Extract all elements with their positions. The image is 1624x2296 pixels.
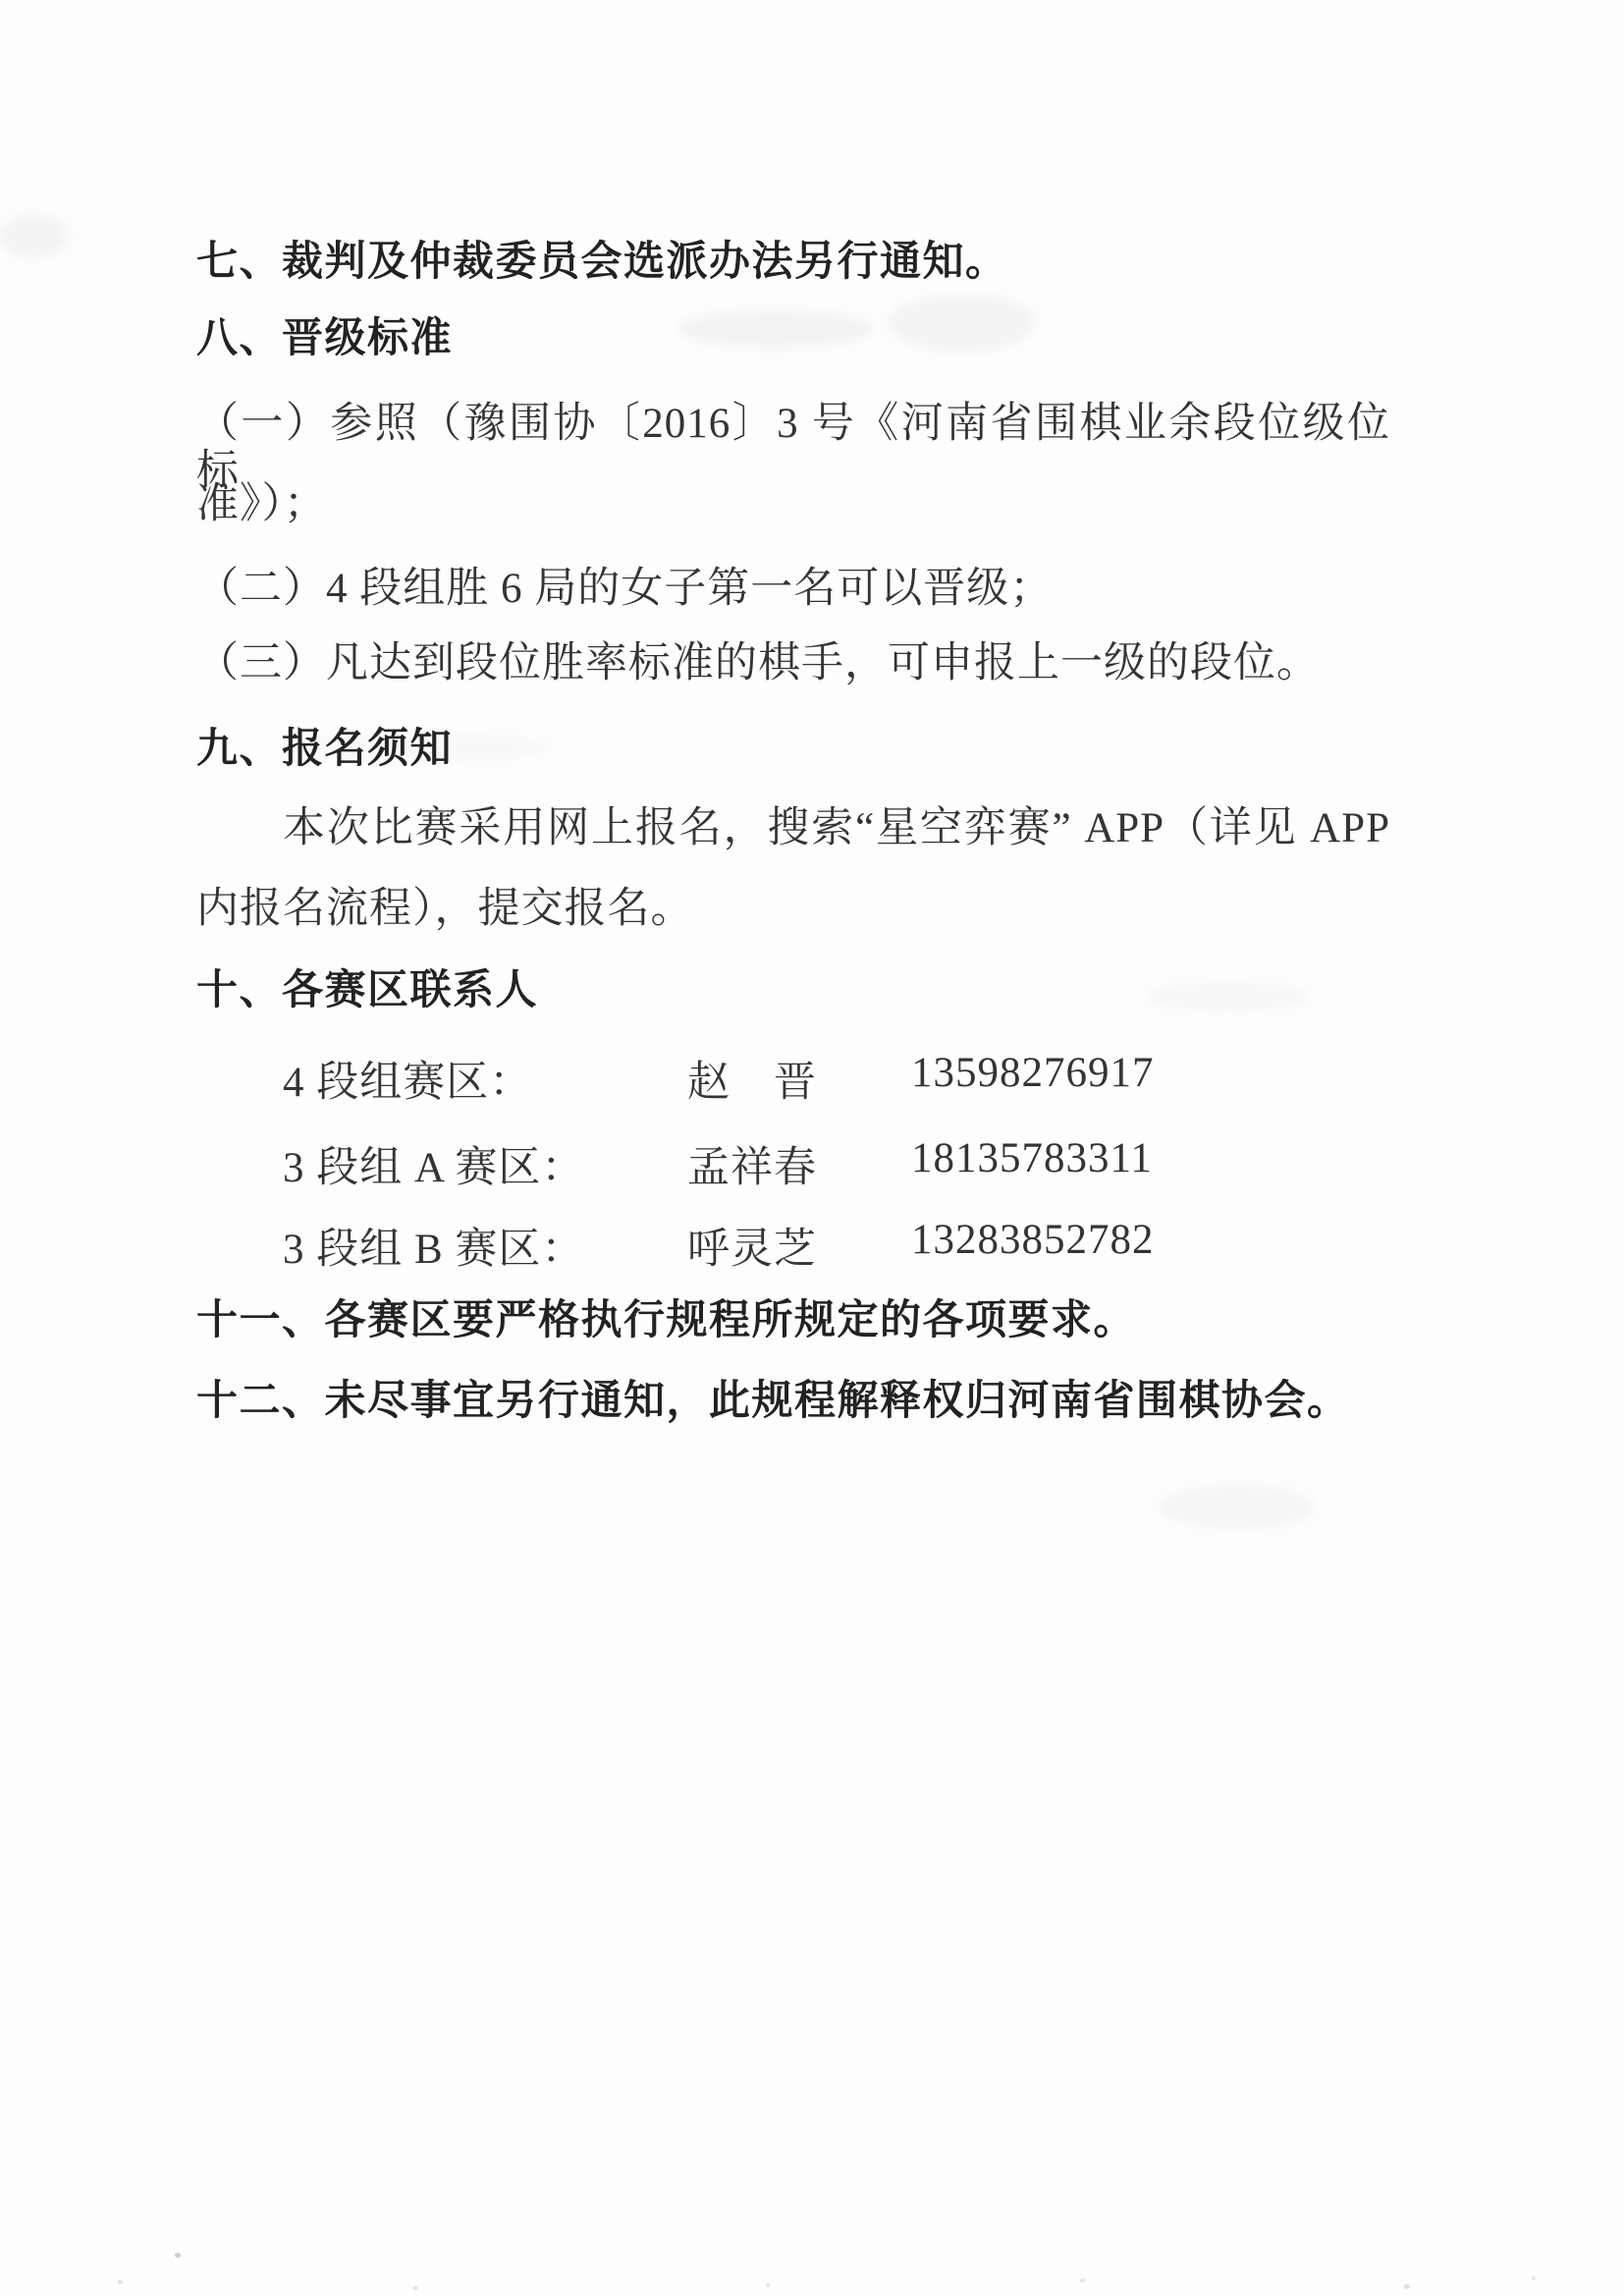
contact-phone-number: 13598276917 bbox=[911, 1049, 1155, 1097]
contact-row-dan3a: 3 段组 A 赛区： 孟祥春 18135783311 bbox=[0, 1134, 1624, 1185]
scan-smudge bbox=[677, 310, 874, 348]
contact-zone-label: 3 段组 A 赛区： bbox=[283, 1134, 584, 1194]
scan-speck bbox=[175, 2253, 181, 2258]
clause-one-line2: 准》）； bbox=[196, 481, 327, 528]
scan-speck bbox=[766, 2283, 770, 2287]
contact-zone-label: 3 段组 B 赛区： bbox=[283, 1216, 584, 1276]
scan-speck bbox=[1080, 2278, 1085, 2282]
heading-eight-promotion-standard: 八、晋级标准 bbox=[196, 314, 453, 360]
scan-smudge bbox=[1159, 1485, 1316, 1529]
scan-smudge bbox=[889, 295, 1036, 352]
contact-person-name: 呼灵芝 bbox=[687, 1216, 817, 1276]
contact-zone-label: 4 段组赛区： bbox=[283, 1049, 532, 1109]
scan-speck bbox=[1532, 2276, 1536, 2280]
contact-person-name: 孟祥春 bbox=[687, 1134, 817, 1194]
heading-seven-referee-notice: 七、裁判及仲裁委员会选派办法另行通知。 bbox=[196, 238, 1008, 284]
scan-speck bbox=[412, 2286, 418, 2290]
scan-speck bbox=[1404, 2284, 1410, 2289]
scan-smudge bbox=[0, 214, 69, 258]
scanned-document-page: 七、裁判及仲裁委员会选派办法另行通知。 八、晋级标准 （一）参照（豫围协〔201… bbox=[0, 0, 1624, 2296]
heading-nine-registration-notice: 九、报名须知 bbox=[196, 725, 453, 771]
clause-one-line1: （一）参照（豫围协〔2016〕3 号《河南省围棋业余段位级位标 bbox=[196, 401, 1390, 495]
registration-paragraph-line2: 内报名流程），提交报名。 bbox=[196, 886, 694, 933]
contact-row-dan3b: 3 段组 B 赛区： 呼灵芝 13283852782 bbox=[0, 1216, 1624, 1267]
clause-two: （二）4 段组胜 6 局的女子第一名可以晋级； bbox=[196, 566, 1053, 613]
scan-speck bbox=[118, 2280, 123, 2284]
heading-twelve-interpretation-right: 十二、未尽事宜另行通知，此规程解释权归河南省围棋协会。 bbox=[196, 1377, 1350, 1423]
scan-smudge bbox=[1144, 982, 1311, 1011]
clause-three: （三）凡达到段位胜率标准的棋手，可申报上一级的段位。 bbox=[196, 640, 1320, 687]
contact-row-dan4: 4 段组赛区： 赵 晋 13598276917 bbox=[0, 1049, 1624, 1100]
heading-eleven-strict-execution: 十一、各赛区要严格执行规程所规定的各项要求。 bbox=[196, 1296, 1136, 1342]
registration-paragraph-line1: 本次比赛采用网上报名，搜索“星空弈赛” APP（详见 APP bbox=[196, 805, 1390, 852]
contact-phone-number: 13283852782 bbox=[911, 1216, 1155, 1264]
contact-phone-number: 18135783311 bbox=[911, 1134, 1153, 1182]
contact-person-name: 赵 晋 bbox=[687, 1049, 817, 1109]
heading-ten-zone-contacts: 十、各赛区联系人 bbox=[196, 966, 538, 1012]
